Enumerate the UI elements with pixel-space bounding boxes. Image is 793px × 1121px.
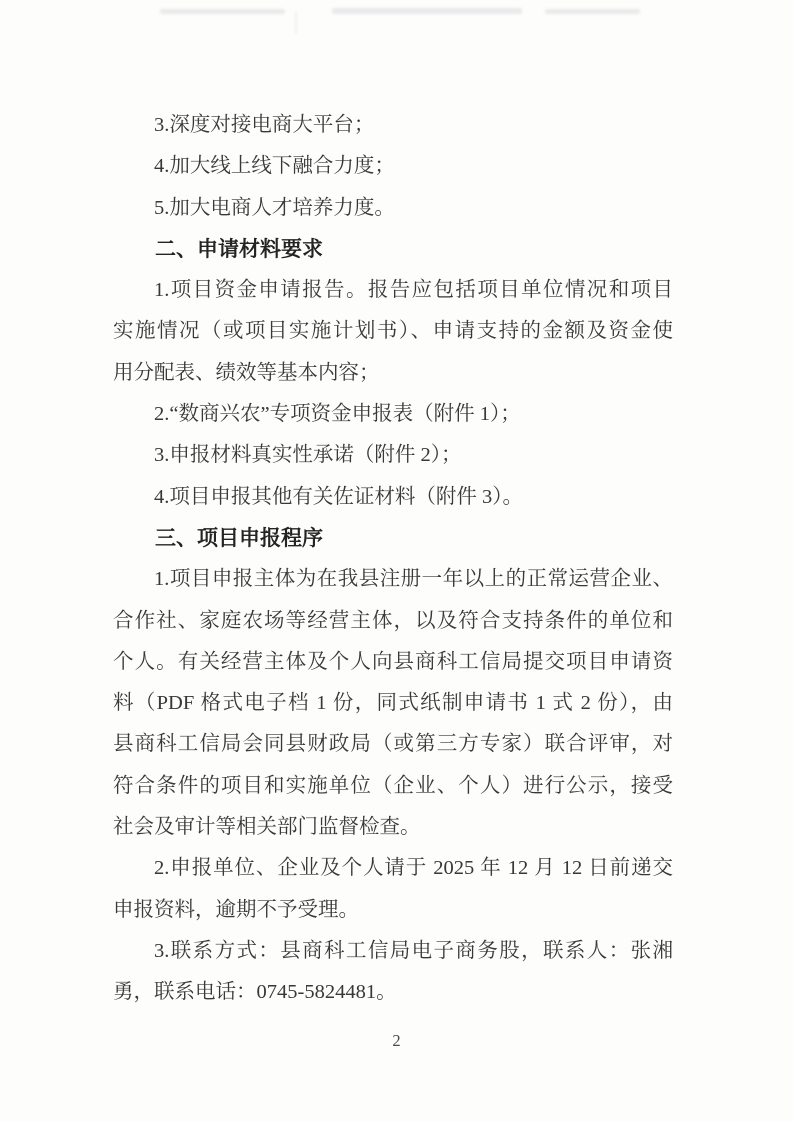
paragraph: 2.申报单位、企业及个人请于 2025 年 12 月 12 日前递交 申报资料，…: [113, 848, 673, 931]
paragraph-line: 符合条件的项目和实施单位（企业、个人）进行公示，接受: [113, 766, 673, 807]
list-item: 4.加大线上线下融合力度；: [113, 146, 673, 187]
scan-artifact: [160, 9, 285, 14]
paragraph: 3.联系方式：县商科工信局电子商务股，联系人：张湘 勇，联系电话：0745-58…: [113, 931, 673, 1014]
paragraph-line: 1.项目申报主体为在我县注册一年以上的正常运营企业、: [113, 559, 673, 600]
section-heading: 二、申请材料要求: [113, 229, 673, 270]
paragraph-line: 个人。有关经营主体及个人向县商科工信局提交项目申请资: [113, 642, 673, 683]
section-heading: 三、项目申报程序: [113, 518, 673, 559]
paragraph-line: 实施情况（或项目实施计划书）、申请支持的金额及资金使: [113, 311, 673, 352]
list-item: 3.申报材料真实性承诺（附件 2）；: [113, 435, 673, 476]
list-item: 5.加大电商人才培养力度。: [113, 188, 673, 229]
paragraph: 1.项目资金申请报告。报告应包括项目单位情况和项目 实施情况（或项目实施计划书）…: [113, 270, 673, 394]
list-item: 4.项目申报其他有关佐证材料（附件 3）。: [113, 477, 673, 518]
paragraph-line: 勇，联系电话：0745-5824481。: [113, 972, 673, 1013]
scan-artifact: [545, 9, 640, 14]
scan-artifact: [295, 11, 297, 34]
paragraph-line: 1.项目资金申请报告。报告应包括项目单位情况和项目: [113, 270, 673, 311]
page-content: 3.深度对接电商大平台； 4.加大线上线下融合力度； 5.加大电商人才培养力度。…: [113, 105, 673, 1014]
page-number: 2: [0, 1031, 793, 1051]
paragraph-line: 申报资料，逾期不予受理。: [113, 890, 673, 931]
paragraph-line: 3.联系方式：县商科工信局电子商务股，联系人：张湘: [113, 931, 673, 972]
scan-artifact: [332, 8, 522, 14]
paragraph: 1.项目申报主体为在我县注册一年以上的正常运营企业、 合作社、家庭农场等经营主体…: [113, 559, 673, 848]
list-item: 2.“数商兴农”专项资金申报表（附件 1）；: [113, 394, 673, 435]
paragraph-line: 2.申报单位、企业及个人请于 2025 年 12 月 12 日前递交: [113, 848, 673, 889]
paragraph-line: 用分配表、绩效等基本内容；: [113, 353, 673, 394]
paragraph-line: 社会及审计等相关部门监督检查。: [113, 807, 673, 848]
document-page: 3.深度对接电商大平台； 4.加大线上线下融合力度； 5.加大电商人才培养力度。…: [0, 0, 793, 1121]
paragraph-line: 料（PDF 格式电子档 1 份，同式纸制申请书 1 式 2 份），由: [113, 683, 673, 724]
list-item: 3.深度对接电商大平台；: [113, 105, 673, 146]
paragraph-line: 合作社、家庭农场等经营主体，以及符合支持条件的单位和: [113, 601, 673, 642]
paragraph-line: 县商科工信局会同县财政局（或第三方专家）联合评审，对: [113, 724, 673, 765]
